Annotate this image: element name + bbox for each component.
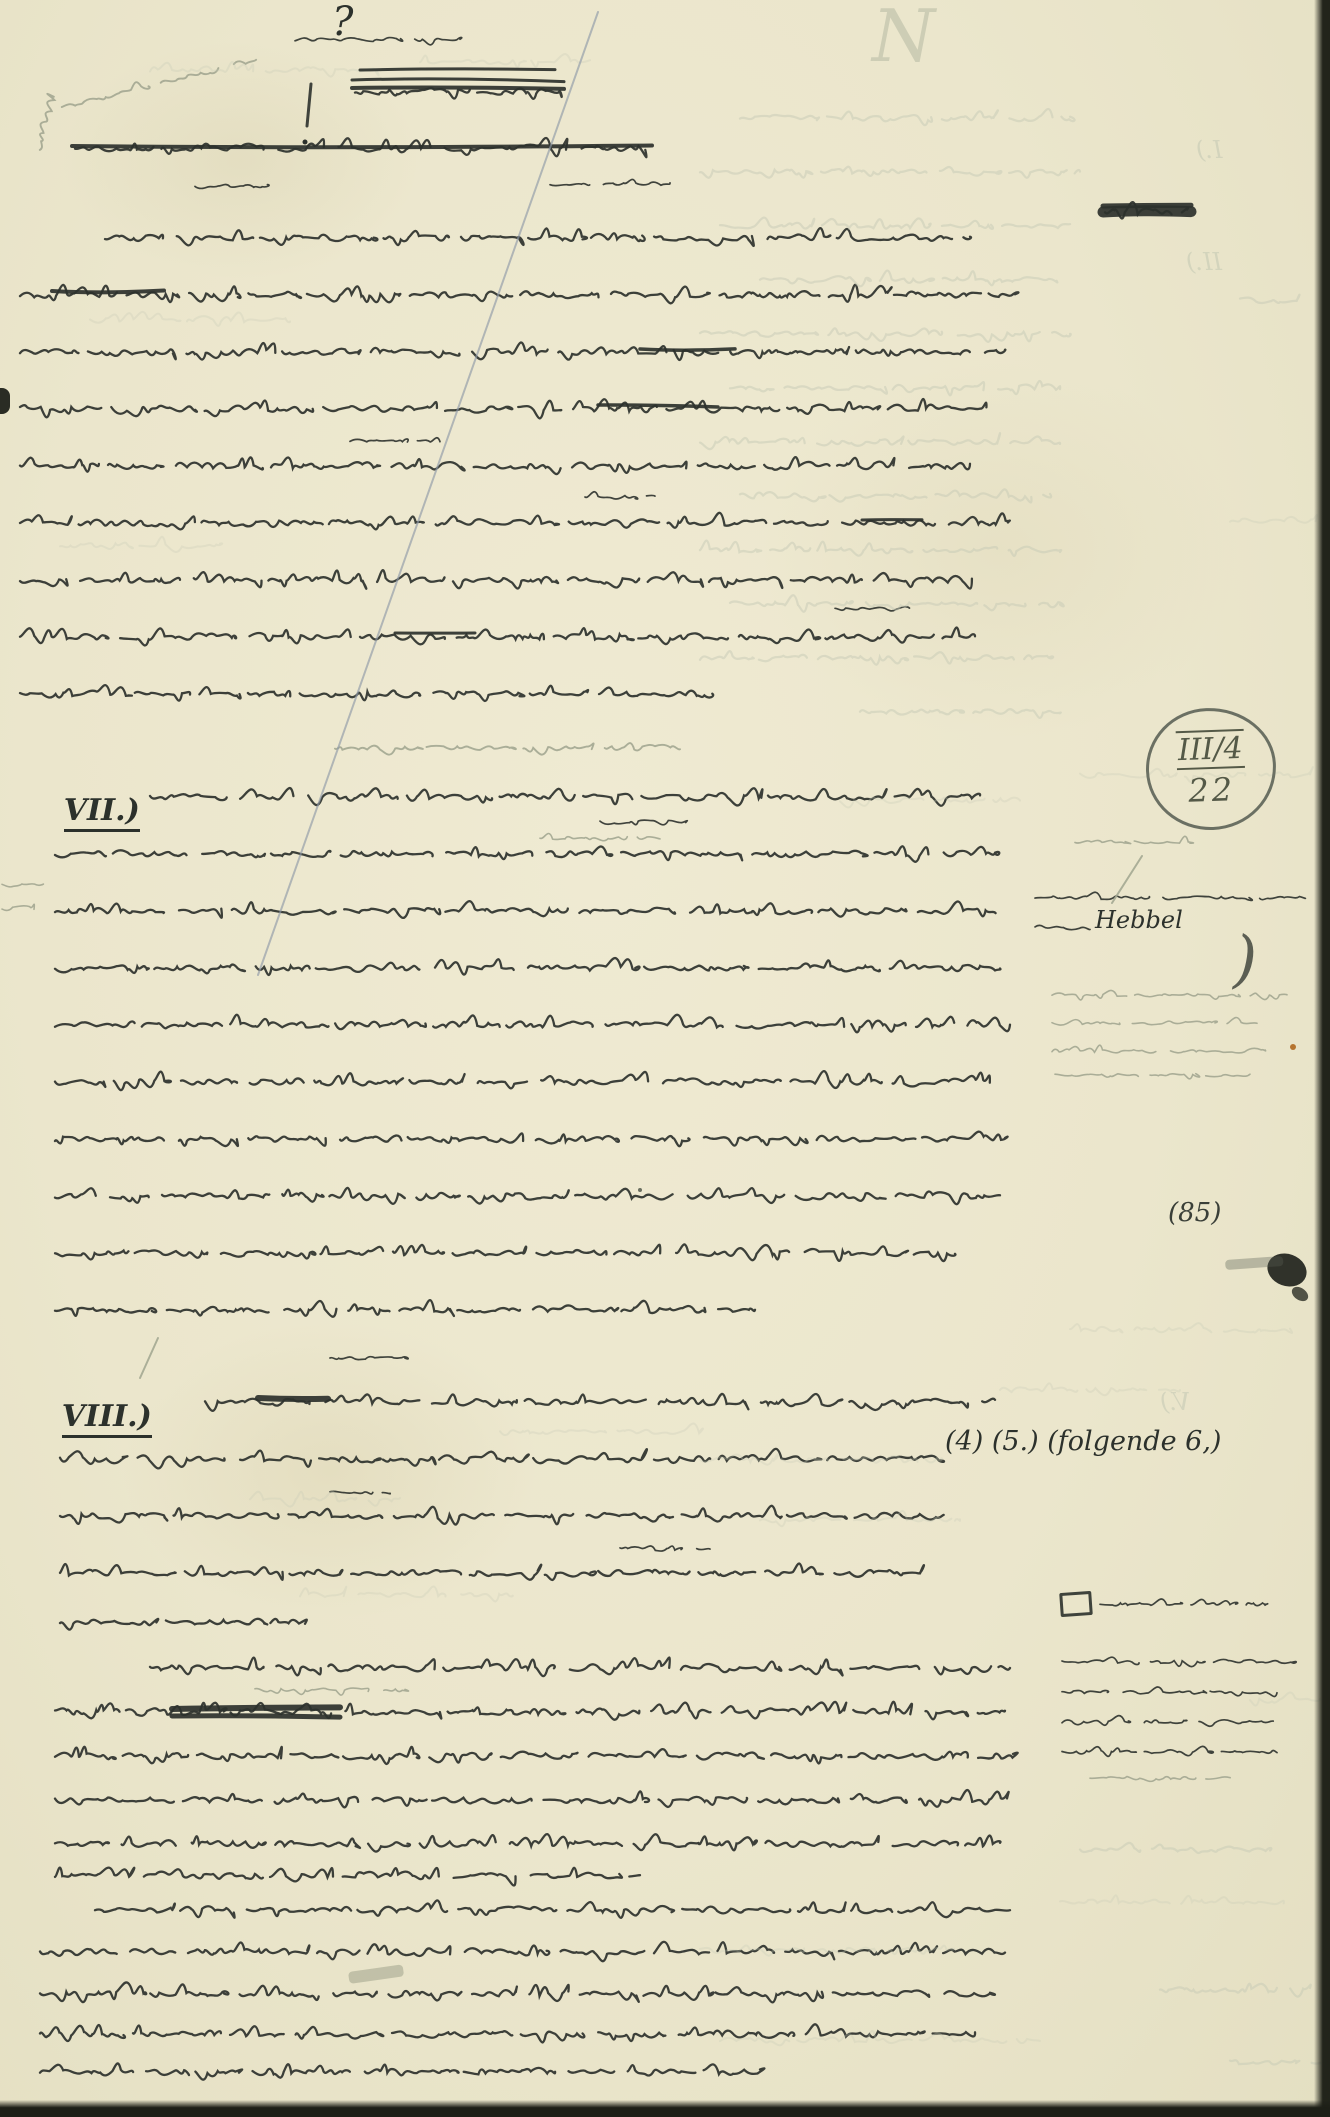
handwriting-line — [740, 489, 1051, 502]
page-edge-bottom — [0, 2100, 1330, 2117]
handwriting-line — [60, 1619, 307, 1630]
handwriting-line — [55, 1244, 955, 1261]
strikethrough-mark — [352, 79, 564, 82]
handwriting-line — [20, 570, 972, 589]
handwriting-line — [600, 820, 687, 825]
handwriting-line — [295, 37, 462, 44]
handwriting-line — [760, 271, 1057, 287]
strikethrough-mark — [640, 349, 735, 350]
strikethrough-mark — [1103, 211, 1191, 212]
manuscript-page: ? N VII.) VIII.) III/4 22 (85) (4) (5.) … — [0, 0, 1330, 2117]
bleed-numeral-v: V.) — [1160, 1390, 1190, 1414]
handwriting-line — [20, 628, 975, 646]
page-edge-right — [1314, 0, 1330, 2117]
handwriting-line — [300, 1587, 513, 1602]
strikethrough-mark — [598, 405, 718, 407]
strikethrough-mark — [360, 69, 555, 70]
margin-name-hebbel: Hebbel — [1095, 908, 1183, 932]
handwriting-line — [55, 1790, 1009, 1807]
ink-blot — [348, 1964, 404, 1984]
bleed-numeral-ii: II.) — [1186, 250, 1222, 274]
handwriting-line — [700, 541, 1061, 556]
handwriting-line — [20, 342, 1005, 359]
handwriting-line — [1035, 892, 1305, 900]
strikethrough-mark — [352, 87, 564, 88]
handwriting-line — [55, 1868, 640, 1886]
section-marker-vii: VII.) — [22, 766, 140, 862]
handwriting-line — [105, 228, 971, 246]
handwriting-line — [60, 1506, 944, 1525]
handwriting-line — [90, 312, 290, 326]
handwriting-line — [1062, 1657, 1296, 1666]
ink-blot — [1263, 1248, 1312, 1292]
margin-big-paren: ) — [1233, 928, 1257, 990]
handwriting-line — [860, 709, 1061, 718]
handwriting-line — [55, 901, 996, 918]
handwriting-line — [1000, 1383, 1180, 1395]
numbering-note: (4) (5.) (folgende 6,) — [945, 1428, 1221, 1455]
handwriting-line — [1052, 1045, 1266, 1053]
handwriting-line — [40, 2063, 764, 2079]
handwriting-line — [1230, 2060, 1320, 2064]
handwriting-line — [33, 94, 56, 151]
handwriting-line — [150, 788, 980, 806]
handwriting-line — [1075, 836, 1193, 843]
handwriting-line — [700, 433, 1060, 449]
pen-stroke — [1112, 856, 1142, 903]
handwriting-line — [20, 399, 987, 418]
handwriting-line — [255, 1688, 409, 1695]
handwriting-line — [55, 1132, 1008, 1147]
handwriting-line — [1060, 1895, 1284, 1904]
handwriting-line — [20, 685, 713, 701]
handwriting-line — [335, 743, 680, 755]
handwriting-line — [2, 904, 34, 910]
handwriting-line — [720, 218, 1070, 229]
handwriting-line — [20, 285, 1018, 304]
handwriting-line — [1070, 1323, 1292, 1333]
new-paragraph-symbol — [1059, 1591, 1093, 1617]
handwriting-line — [95, 1900, 1010, 1917]
ink-dot — [303, 140, 308, 145]
ink-dot — [1290, 1044, 1296, 1050]
handwriting-line — [740, 109, 1075, 125]
handwriting-line — [195, 185, 269, 189]
handwriting-line — [55, 1188, 1000, 1204]
handwriting-line — [55, 958, 1000, 975]
handwriting-line — [60, 537, 222, 552]
handwriting-line — [620, 1546, 710, 1551]
handwriting-line — [730, 381, 1060, 395]
handwriting-line — [55, 1300, 755, 1317]
handwriting-line — [1230, 515, 1317, 523]
handwriting-line — [55, 846, 999, 862]
section-vii-text: VII.) — [64, 796, 140, 832]
handwriting-line — [1055, 1074, 1250, 1079]
handwriting-line — [330, 1357, 408, 1360]
strikethrough-mark — [172, 1707, 340, 1709]
handwriting-line — [1160, 1984, 1311, 1997]
handwriting-line — [700, 1454, 942, 1465]
handwriting-line — [60, 1564, 924, 1580]
ink-blot — [1289, 1284, 1311, 1304]
handwriting-line — [40, 1942, 1005, 1961]
handwriting-line — [1090, 1777, 1230, 1782]
strikethrough-mark — [172, 1716, 340, 1717]
handwriting-line — [1062, 1746, 1277, 1756]
handwriting-line — [150, 1658, 1010, 1677]
handwriting-line — [350, 438, 440, 442]
handwriting-line — [1062, 1716, 1273, 1727]
handwriting-line — [250, 1492, 400, 1507]
handwriting-line — [1052, 1018, 1257, 1026]
stamp-volume: III/4 — [1175, 728, 1245, 769]
left-edge-nick — [0, 388, 10, 414]
section-viii-text: VIII.) — [62, 1402, 152, 1438]
bleed-numeral-i: I.) — [1196, 138, 1222, 162]
handwriting-line — [60, 53, 256, 111]
handwriting-line — [730, 595, 1064, 612]
strikethrough-mark — [72, 145, 652, 147]
handwriting-line — [420, 54, 590, 67]
handwriting-line — [1240, 295, 1299, 303]
handwriting-line — [150, 62, 379, 77]
handwriting-line — [1035, 925, 1090, 929]
strikethrough-mark — [52, 290, 164, 292]
handwriting-line — [40, 1982, 995, 2002]
handwriting-layer — [0, 0, 1330, 2117]
handwriting-line — [540, 834, 660, 841]
strikethrough-mark — [258, 1398, 328, 1399]
handwriting-line — [2, 884, 43, 887]
faint-letter-n: N — [872, 0, 935, 72]
handwriting-line — [700, 167, 1080, 178]
handwriting-line — [700, 328, 1071, 342]
ink-dot — [638, 1188, 642, 1192]
handwriting-line — [1080, 1843, 1271, 1853]
handwriting-line — [550, 179, 670, 185]
handwriting-line — [500, 1424, 703, 1436]
margin-page-ref: (85) — [1168, 1200, 1221, 1226]
handwriting-line — [700, 651, 1053, 665]
diagonal-deletion-line — [258, 12, 598, 975]
handwriting-line — [585, 492, 655, 499]
handwriting-line — [1100, 1599, 1268, 1606]
handwriting-line — [20, 457, 970, 474]
question-mark: ? — [332, 2, 353, 42]
strikethrough-mark — [1103, 205, 1191, 206]
handwriting-line — [40, 2024, 975, 2042]
pen-stroke — [307, 84, 311, 126]
handwriting-line — [55, 1834, 1000, 1851]
handwriting-line — [55, 1015, 1010, 1033]
handwriting-line — [55, 1071, 990, 1090]
section-marker-viii: VIII.) — [20, 1372, 152, 1468]
handwriting-line — [55, 1747, 1018, 1764]
handwriting-line — [1062, 1687, 1277, 1697]
stamp-page-number: 22 — [1188, 770, 1236, 810]
handwriting-line — [330, 1491, 390, 1494]
